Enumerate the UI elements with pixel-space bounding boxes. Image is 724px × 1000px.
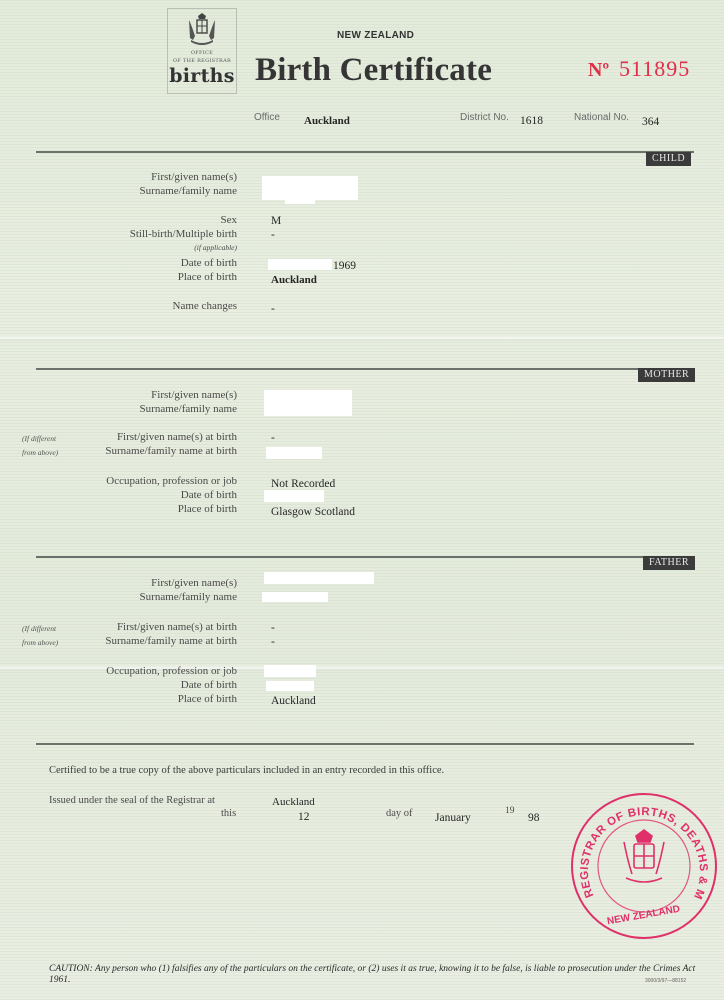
child-still-birth-label: Still-birth/Multiple birth	[130, 228, 237, 240]
child-if-applicable-note: (if applicable)	[194, 243, 237, 252]
issued-place: Auckland	[272, 796, 315, 808]
national-value: 364	[642, 116, 659, 128]
redacted-mother-name	[264, 390, 352, 416]
father-first-name-label: First/given name(s)	[151, 577, 237, 589]
registrar-seal-stamp: REGISTRAR OF BIRTHS, DEATHS & MARRIAGES …	[568, 790, 720, 942]
mother-birth-surname-label: Surname/family name at birth	[105, 445, 237, 457]
mother-occupation-value: Not Recorded	[271, 478, 335, 490]
crest-office-line2: OF THE REGISTRAR	[168, 58, 236, 64]
redacted-child-name	[285, 196, 315, 204]
issued-year: 98	[528, 812, 540, 824]
section-divider	[36, 151, 694, 153]
child-sex-value: M	[271, 215, 281, 227]
issued-month: January	[435, 812, 471, 824]
svg-text:REGISTRAR OF BIRTHS, DEATHS &: REGISTRAR OF BIRTHS, DEATHS & MARRIAGES	[568, 790, 709, 901]
mother-birth-first-name-value: -	[271, 432, 275, 444]
child-pob-value: Auckland	[271, 274, 317, 286]
redacted-father-occupation	[264, 665, 316, 677]
document-title: Birth Certificate	[255, 52, 492, 89]
child-still-birth-value: -	[271, 229, 275, 241]
father-from-above-note: from above)	[22, 638, 58, 647]
father-dob-label: Date of birth	[181, 679, 237, 691]
father-surname-label: Surname/family name	[140, 591, 237, 603]
district-label: District No.	[460, 112, 509, 123]
child-section-tag: CHILD	[646, 152, 691, 166]
father-birth-first-name-value: -	[271, 622, 275, 634]
father-pob-value: Auckland	[271, 695, 316, 707]
child-dob-year: 1969	[333, 260, 356, 272]
child-name-changes-value: -	[271, 303, 275, 315]
country-label: NEW ZEALAND	[337, 30, 414, 41]
mother-birth-first-name-label: First/given name(s) at birth	[117, 431, 237, 443]
seal-crest-icon	[624, 830, 664, 882]
child-name-changes-label: Name changes	[173, 300, 237, 312]
child-sex-label: Sex	[221, 214, 238, 226]
certification-statement: Certified to be a true copy of the above…	[49, 765, 444, 776]
office-value: Auckland	[304, 115, 350, 127]
father-occupation-label: Occupation, profession or job	[106, 665, 237, 677]
father-birth-surname-label: Surname/family name at birth	[105, 635, 237, 647]
father-birth-surname-value: -	[271, 636, 275, 648]
mother-section-tag: MOTHER	[638, 368, 695, 382]
father-if-different-note: (If different	[22, 624, 56, 633]
mother-surname-label: Surname/family name	[140, 403, 237, 415]
section-divider	[36, 743, 694, 745]
mother-pob-label: Place of birth	[178, 503, 237, 515]
number-value: 511895	[619, 56, 690, 81]
mother-if-different-note: (If different	[22, 434, 56, 443]
redacted-mother-birth-surname	[266, 447, 322, 459]
office-label: Office	[254, 112, 280, 123]
issued-century: 19	[505, 806, 515, 816]
father-pob-label: Place of birth	[178, 693, 237, 705]
form-code: 3000/3/97—88152	[645, 978, 686, 984]
mother-from-above-note: from above)	[22, 448, 58, 457]
child-first-name-label: First/given name(s)	[151, 171, 237, 183]
registrar-crest-box: OFFICE OF THE REGISTRAR births	[167, 8, 237, 94]
svg-text:NEW ZEALAND: NEW ZEALAND	[606, 904, 681, 928]
father-section-tag: FATHER	[643, 556, 695, 570]
issued-label: Issued under the seal of the Registrar a…	[49, 795, 215, 806]
caution-notice: CAUTION: Any person who (1) falsifies an…	[49, 964, 709, 986]
crest-births-label: births	[168, 65, 236, 87]
mother-occupation-label: Occupation, profession or job	[106, 475, 237, 487]
national-label: National No.	[574, 112, 629, 123]
mother-first-name-label: First/given name(s)	[151, 389, 237, 401]
redacted-child-dob	[268, 259, 332, 270]
crest-office-line1: OFFICE	[168, 50, 236, 56]
mother-dob-label: Date of birth	[181, 489, 237, 501]
child-dob-label: Date of birth	[181, 257, 237, 269]
district-value: 1618	[520, 115, 543, 127]
paper-fold	[0, 335, 724, 341]
coat-of-arms-icon	[185, 12, 219, 48]
child-surname-label: Surname/family name	[140, 185, 237, 197]
issued-day: 12	[298, 811, 310, 823]
section-divider	[36, 368, 694, 370]
redacted-father-surname	[262, 592, 328, 602]
child-pob-label: Place of birth	[178, 271, 237, 283]
number-prefix: Nº	[588, 59, 609, 81]
redacted-mother-dob	[264, 490, 324, 502]
father-birth-first-name-label: First/given name(s) at birth	[117, 621, 237, 633]
redacted-father-name	[264, 572, 374, 584]
day-of-label: day of	[386, 808, 413, 819]
mother-pob-value: Glasgow Scotland	[271, 506, 355, 518]
this-label: this	[221, 808, 236, 819]
certificate-number: Nº511895	[588, 56, 690, 82]
redacted-father-dob	[266, 681, 314, 691]
section-divider	[36, 556, 694, 558]
